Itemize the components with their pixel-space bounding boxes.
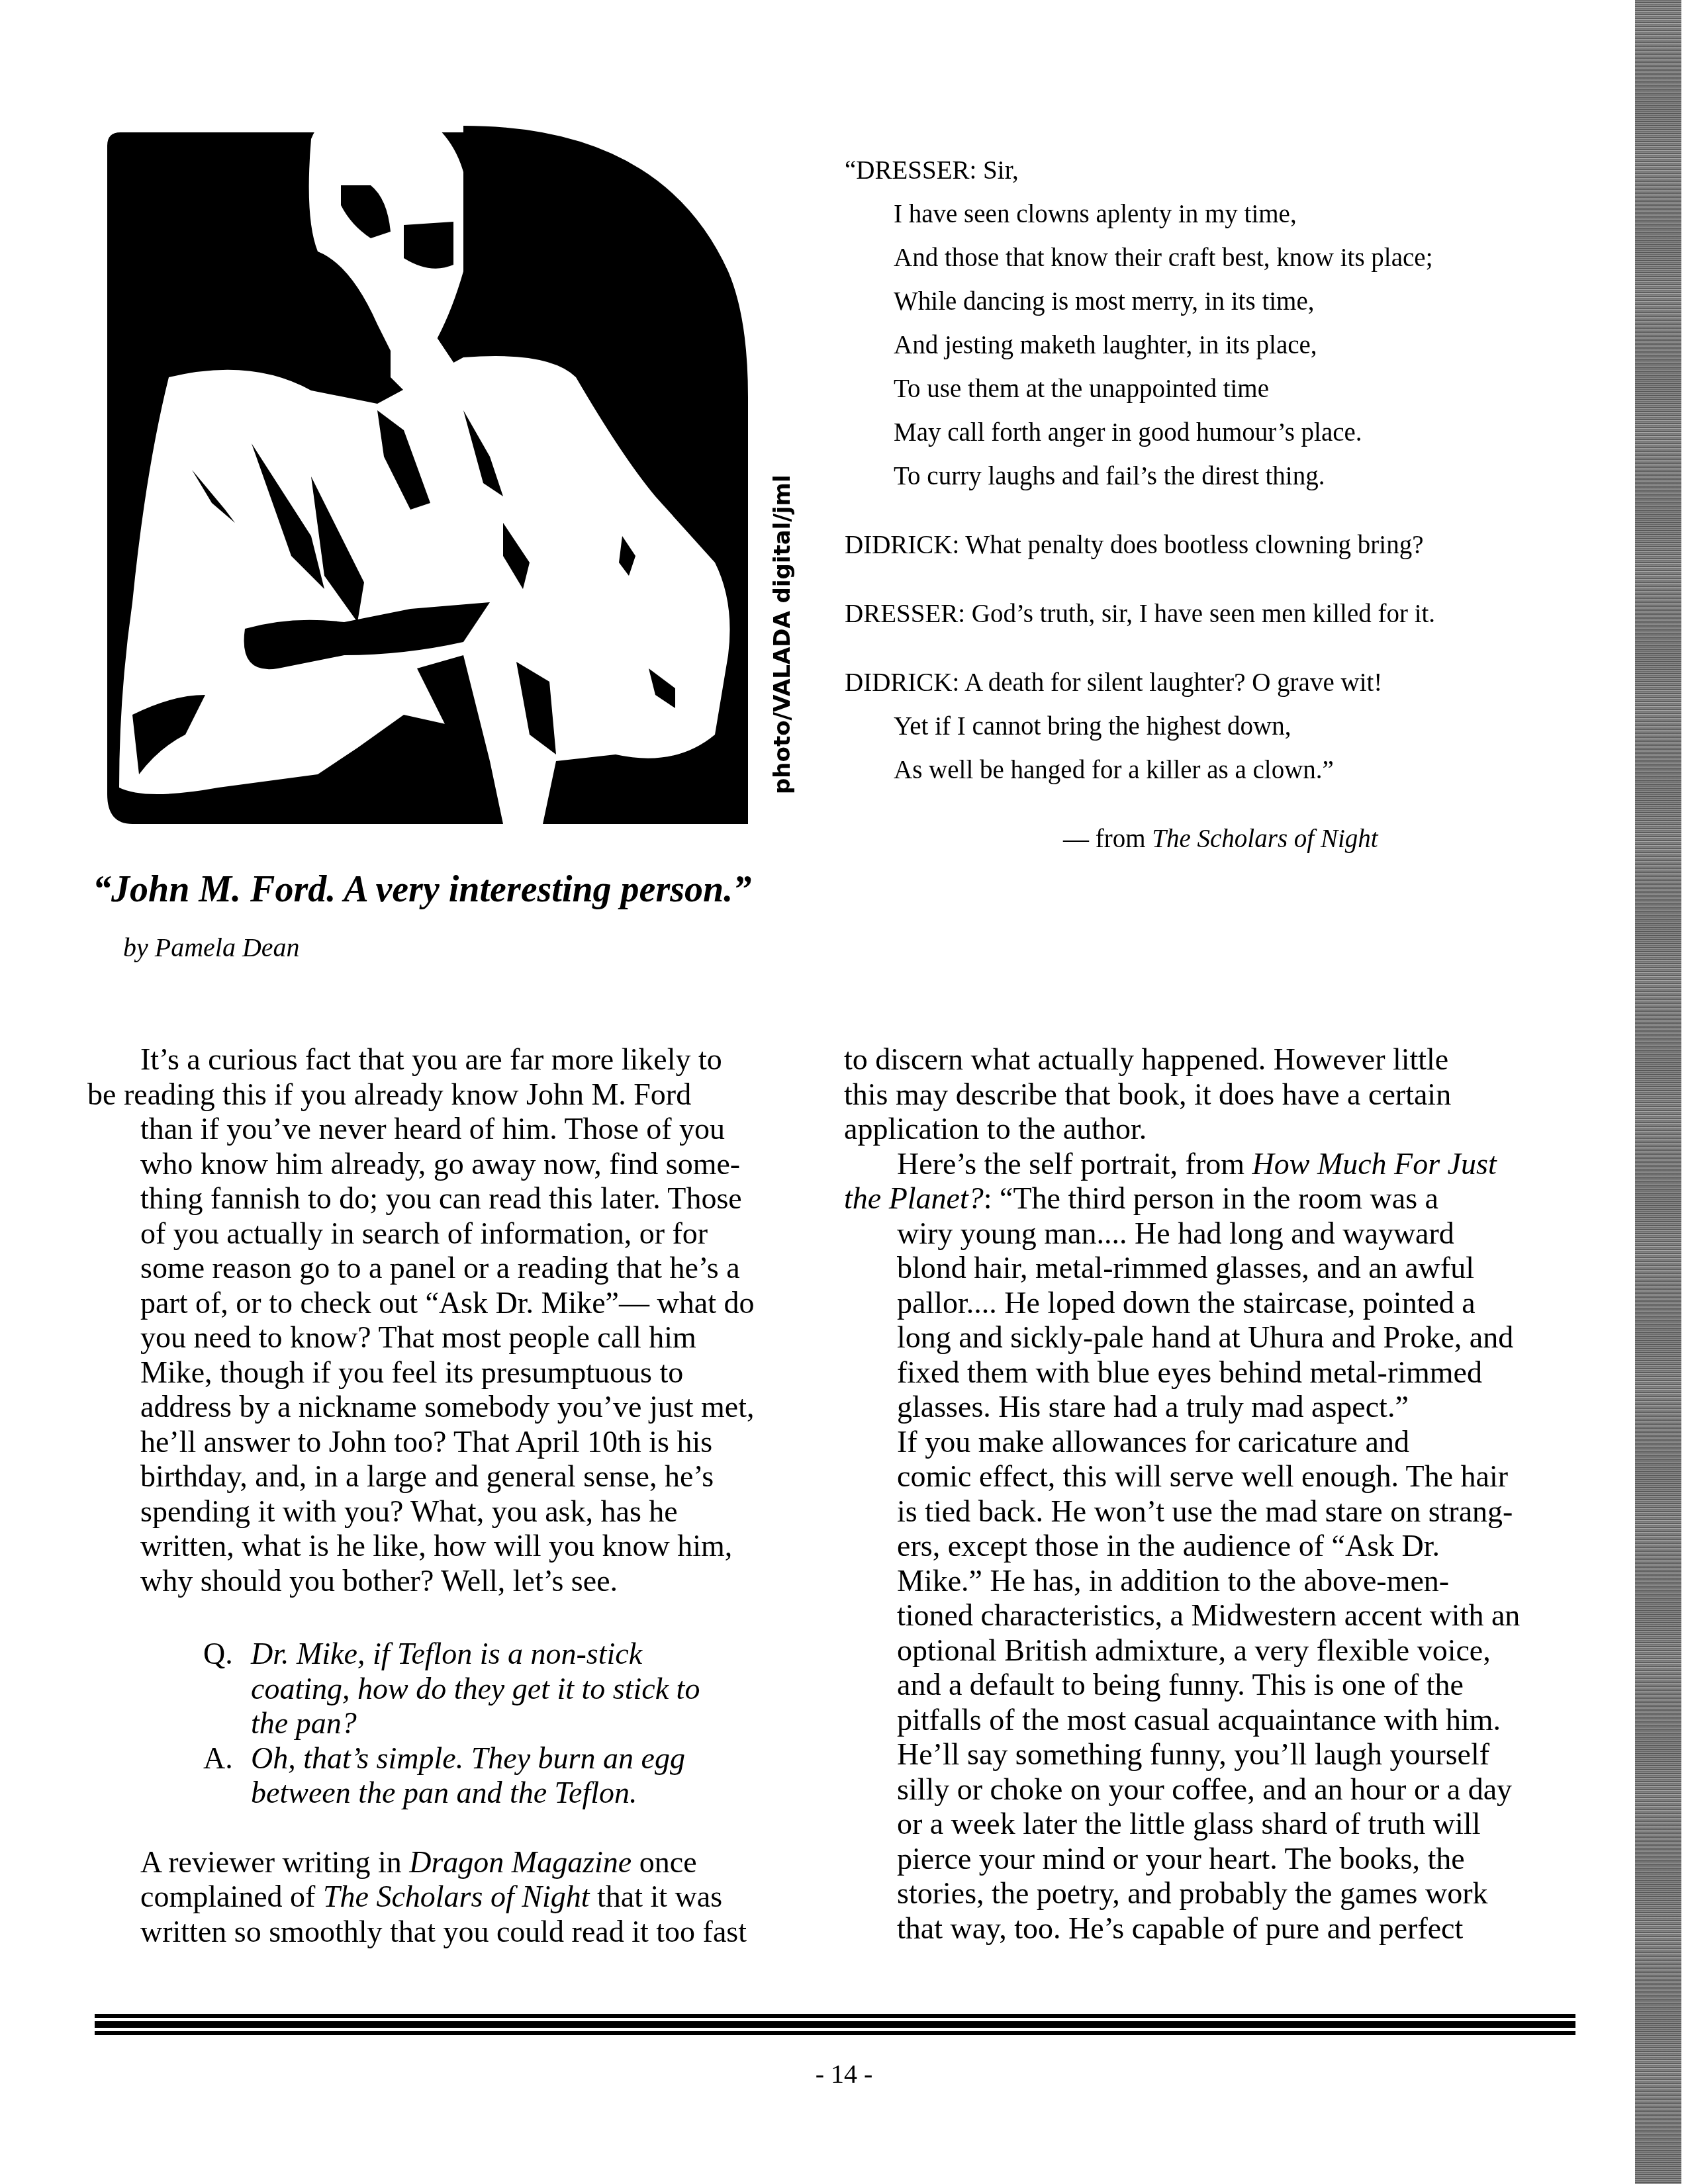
text-line: of you actually in search of information… xyxy=(87,1216,802,1251)
quote-verse-line: As well be hanged for a killer as a clow… xyxy=(894,749,1566,792)
quote-source-prefix: — from xyxy=(1063,825,1152,853)
qa-question-text: Dr. Mike, if Teflon is a non-stick coati… xyxy=(251,1637,802,1741)
text-line: the pan? xyxy=(251,1706,802,1741)
text-line: he’ll answer to John too? That April 10t… xyxy=(87,1425,802,1460)
qa-label: Q. xyxy=(203,1637,251,1741)
footer-triple-rule xyxy=(95,2014,1575,2035)
text-line: part of, or to check out “Ask Dr. Mike”—… xyxy=(87,1286,802,1321)
text-line: coating, how do they get it to stick to xyxy=(251,1672,802,1707)
text-line: blond hair, metal-rimmed glasses, and an… xyxy=(844,1251,1559,1286)
dr-mike-qa: Q. Dr. Mike, if Teflon is a non-stick co… xyxy=(87,1637,802,1811)
article-title: “John M. Ford. A very interesting person… xyxy=(93,868,751,911)
qa-answer-text: Oh, that’s simple. They burn an egg betw… xyxy=(251,1741,802,1811)
text-run: A reviewer writing in xyxy=(140,1845,409,1879)
text-line: birthday, and, in a large and general se… xyxy=(87,1459,802,1494)
book-title: How Much For Just xyxy=(1252,1147,1496,1181)
quote-verse-line: And jesting maketh laughter, in its plac… xyxy=(894,324,1566,367)
body-column-left: It’s a curious fact that you are far mor… xyxy=(87,1042,802,1949)
photo-credit: photo/VALADA digital/jml xyxy=(769,516,809,794)
text-line: A reviewer writing in Dragon Magazine on… xyxy=(87,1845,802,1880)
text-line: He’ll say something funny, you’ll laugh … xyxy=(844,1737,1559,1772)
text-line: optional British admixture, a very flexi… xyxy=(844,1633,1559,1668)
scan-binding-edge xyxy=(1635,0,1688,2184)
quote-didrick-line: DIDRICK: A death for silent laughter? O … xyxy=(845,661,1566,705)
qa-answer: A. Oh, that’s simple. They burn an egg b… xyxy=(87,1741,802,1811)
body-paragraph: A reviewer writing in Dragon Magazine on… xyxy=(87,1845,802,1950)
text-line: Oh, that’s simple. They burn an egg xyxy=(251,1741,802,1776)
text-line: comic effect, this will serve well enoug… xyxy=(844,1459,1559,1494)
text-line: pierce your mind or your heart. The book… xyxy=(844,1842,1559,1877)
text-line: glasses. His stare had a truly mad aspec… xyxy=(844,1390,1559,1425)
text-line: application to the author. xyxy=(844,1112,1559,1147)
epigraph-quote: “DRESSER: Sir, I have seen clowns aplent… xyxy=(845,149,1566,861)
page-number: - 14 - xyxy=(0,2058,1688,2089)
text-line: pallor.... He loped down the staircase, … xyxy=(844,1286,1559,1321)
quote-dresser-line: DRESSER: God’s truth, sir, I have seen m… xyxy=(845,592,1566,636)
book-title: The Scholars of Night xyxy=(323,1880,590,1913)
text-run: Here’s the self portrait, from xyxy=(897,1147,1252,1181)
text-run: once xyxy=(632,1845,696,1879)
body-paragraph: Here’s the self portrait, from How Much … xyxy=(844,1147,1559,1425)
text-line: to discern what actually happened. Howev… xyxy=(844,1042,1559,1077)
quote-verse-line: To curry laughs and fail’s the direst th… xyxy=(894,455,1566,498)
text-line: the Planet?: “The third person in the ro… xyxy=(844,1181,1559,1216)
text-line: pitfalls of the most casual acquaintance… xyxy=(844,1703,1559,1738)
text-run: complained of xyxy=(140,1880,323,1913)
text-line: you need to know? That most people call … xyxy=(87,1320,802,1355)
text-line: thing fannish to do; you can read this l… xyxy=(87,1181,802,1216)
quote-verse-line: I have seen clowns aplenty in my time, xyxy=(894,193,1566,236)
body-paragraph: It’s a curious fact that you are far mor… xyxy=(87,1042,802,1598)
text-line: that way, too. He’s capable of pure and … xyxy=(844,1911,1559,1946)
text-line: written, what is he like, how will you k… xyxy=(87,1529,802,1564)
quote-verse-line: To use them at the unappointed time xyxy=(894,367,1566,411)
quote-didrick-line: DIDRICK: What penalty does bootless clow… xyxy=(845,523,1566,567)
text-line: be reading this if you already know John… xyxy=(87,1077,802,1113)
text-line: complained of The Scholars of Night that… xyxy=(87,1880,802,1915)
qa-label: A. xyxy=(203,1741,251,1811)
text-line: It’s a curious fact that you are far mor… xyxy=(87,1042,802,1077)
text-line: wiry young man.... He had long and waywa… xyxy=(844,1216,1559,1251)
quote-verse-line: Yet if I cannot bring the highest down, xyxy=(894,705,1566,749)
text-line: spending it with you? What, you ask, has… xyxy=(87,1494,802,1529)
magazine-page: photo/VALADA digital/jml “DRESSER: Sir, … xyxy=(0,0,1688,2184)
text-line: and a default to being funny. This is on… xyxy=(844,1668,1559,1703)
text-line: why should you bother? Well, let’s see. xyxy=(87,1564,802,1599)
text-line: written so smoothly that you could read … xyxy=(87,1915,802,1950)
text-line: Mike.” He has, in addition to the above-… xyxy=(844,1564,1559,1599)
text-run: : “The third person in the room was a xyxy=(984,1181,1438,1215)
text-line: Mike, though if you feel its presumptuou… xyxy=(87,1355,802,1390)
text-line: address by a nickname somebody you’ve ju… xyxy=(87,1390,802,1425)
text-line: some reason go to a panel or a reading t… xyxy=(87,1251,802,1286)
quote-verse-line: May call forth anger in good humour’s pl… xyxy=(894,411,1566,455)
text-line: between the pan and the Teflon. xyxy=(251,1776,802,1811)
quote-verse-line: While dancing is most merry, in its time… xyxy=(894,280,1566,324)
qa-question: Q. Dr. Mike, if Teflon is a non-stick co… xyxy=(87,1637,802,1741)
magazine-title: Dragon Magazine xyxy=(409,1845,632,1879)
text-line: who know him already, go away now, find … xyxy=(87,1147,802,1182)
body-column-right: to discern what actually happened. Howev… xyxy=(844,1042,1559,1946)
text-line: or a week later the little glass shard o… xyxy=(844,1807,1559,1842)
text-line: Here’s the self portrait, from How Much … xyxy=(844,1147,1559,1182)
text-line: silly or choke on your coffee, and an ho… xyxy=(844,1772,1559,1807)
text-line: stories, the poetry, and probably the ga… xyxy=(844,1876,1559,1911)
text-line: If you make allowances for caricature an… xyxy=(844,1425,1559,1460)
quote-source-title: The Scholars of Night xyxy=(1152,825,1378,853)
text-run: that it was xyxy=(589,1880,722,1913)
text-line: long and sickly-pale hand at Uhura and P… xyxy=(844,1320,1559,1355)
text-line: is tied back. He won’t use the mad stare… xyxy=(844,1494,1559,1529)
quote-source: — from The Scholars of Night xyxy=(1063,817,1566,861)
body-paragraph: If you make allowances for caricature an… xyxy=(844,1425,1559,1946)
text-line: fixed them with blue eyes behind metal-r… xyxy=(844,1355,1559,1390)
text-line: ers, except those in the audience of “As… xyxy=(844,1529,1559,1564)
quote-opening-line: “DRESSER: Sir, xyxy=(845,149,1566,193)
quote-verse-line: And those that know their craft best, kn… xyxy=(894,236,1566,280)
text-line: tioned characteristics, a Midwestern acc… xyxy=(844,1598,1559,1633)
text-line: than if you’ve never heard of him. Those… xyxy=(87,1112,802,1147)
book-title: the Planet? xyxy=(844,1181,984,1215)
portrait-illustration xyxy=(93,99,761,831)
author-photo xyxy=(93,99,761,831)
text-line: this may describe that book, it does hav… xyxy=(844,1077,1559,1113)
text-line: Dr. Mike, if Teflon is a non-stick xyxy=(251,1637,802,1672)
body-paragraph-continued: to discern what actually happened. Howev… xyxy=(844,1042,1559,1147)
article-byline: by Pamela Dean xyxy=(123,932,300,963)
